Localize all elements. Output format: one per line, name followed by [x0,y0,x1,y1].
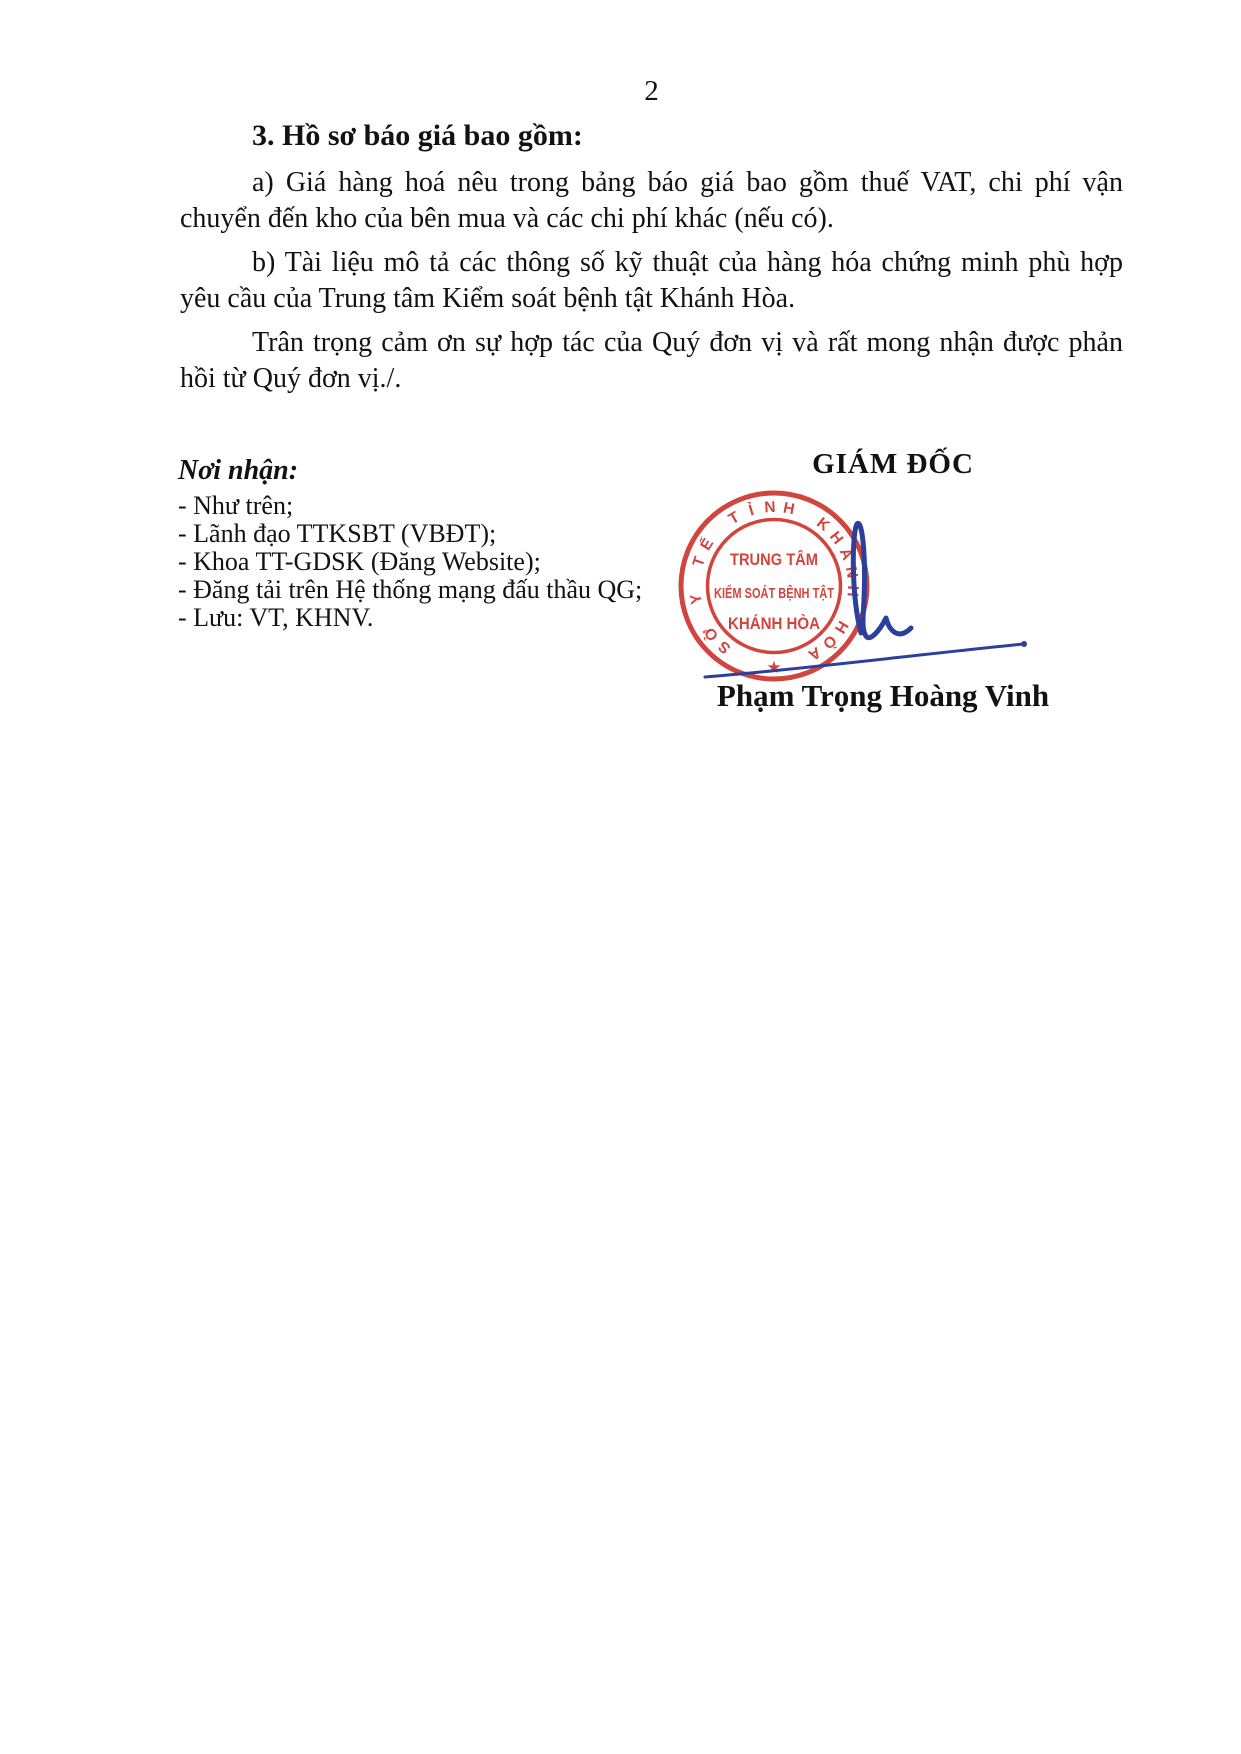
signature-end-dot [1021,641,1027,647]
signer-title: GIÁM ĐỐC [693,449,1093,479]
recipient-item: - Lãnh đạo TTKSBT (VBĐT); [178,520,698,548]
signer-name: Phạm Trọng Hoàng Vinh [683,678,1083,714]
signature-loop-stroke [853,523,911,637]
paragraph-closing: Trân trọng cảm ơn sự hợp tác của Quý đơn… [180,325,1123,397]
paragraph-b: b) Tài liệu mô tả các thông số kỹ thuật … [180,245,1123,317]
paragraph-a-line2: chuyển đến kho của bên mua và các chi ph… [180,201,1123,237]
recipient-item: - Đăng tải trên Hệ thống mạng đấu thầu Q… [178,576,698,604]
paragraph-closing-line2: hồi từ Quý đơn vị./. [180,361,1123,397]
director-signature [655,500,1045,700]
paragraph-closing-line1: Trân trọng cảm ơn sự hợp tác của Quý đơn… [180,325,1123,361]
section-heading: 3. Hồ sơ báo giá bao gồm: [252,118,583,154]
recipient-item: - Khoa TT-GDSK (Đăng Website); [178,548,698,576]
paragraph-a: a) Giá hàng hoá nêu trong bảng báo giá b… [180,165,1123,237]
recipient-item: - Lưu: VT, KHNV. [178,604,698,632]
body-text: a) Giá hàng hoá nêu trong bảng báo giá b… [180,165,1123,405]
signature-tail-stroke [705,644,1023,677]
recipients-list: - Như trên; - Lãnh đạo TTKSBT (VBĐT); - … [178,492,698,632]
document-page: 2 3. Hồ sơ báo giá bao gồm: a) Giá hàng … [0,0,1241,1754]
page-number: 2 [180,73,1123,109]
recipients-block: Nơi nhận: - Như trên; - Lãnh đạo TTKSBT … [178,454,698,632]
paragraph-a-line1: a) Giá hàng hoá nêu trong bảng báo giá b… [180,165,1123,201]
recipients-label: Nơi nhận: [178,454,698,488]
paragraph-b-line1: b) Tài liệu mô tả các thông số kỹ thuật … [180,245,1123,281]
paragraph-b-line2: yêu cầu của Trung tâm Kiểm soát bệnh tật… [180,281,1123,317]
recipient-item: - Như trên; [178,492,698,520]
